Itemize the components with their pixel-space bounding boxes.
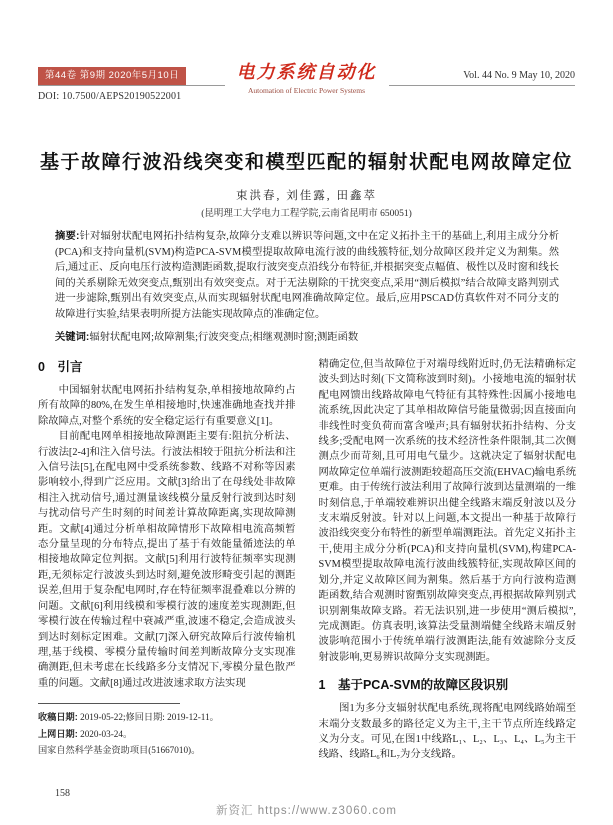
footnote-received-date: 收稿日期: 2019-05-22;修回日期: 2019-12-11。 xyxy=(38,711,296,725)
volume-info: Vol. 44 No. 9 May 10, 2020 xyxy=(463,70,575,81)
abstract-text: 针对辐射状配电网拓扑结构复杂,故障分支难以辨识等问题,文中在定义拓扑主干的基础上… xyxy=(55,231,559,320)
left-column: 0 引言 中国辐射状配电网拓扑结构复杂,单相接地故障约占所有故障的80%,在发生… xyxy=(38,357,296,791)
doi-text: DOI: 10.7500/AEPS20190522001 xyxy=(38,91,181,102)
footnote-funding-text: 国家自然科学基金资助项目(51667010)。 xyxy=(38,745,200,755)
footnote-funding: 国家自然科学基金资助项目(51667010)。 xyxy=(38,744,296,758)
footnote-online-label: 上网日期: xyxy=(38,729,78,739)
journal-header: 第44卷 第9期 2020年5月10日 DOI: 10.7500/AEPS201… xyxy=(38,62,575,108)
body-paragraph-continued: 精确定位,但当故障位于对端母线附近时,仍无法精确标定波头到达时刻(下文简称波到时… xyxy=(319,357,577,665)
journal-logo-subtitle: Automation of Electric Power Systems xyxy=(237,86,377,95)
section-heading-1: 1 基于PCA-SVM的故障区段识别 xyxy=(319,675,577,693)
keywords-paragraph: 关键词:辐射状配电网;故障割集;行波突变点;相继观测时窗;测距函数 xyxy=(55,330,559,346)
intro-paragraph-2: 目前配电网单相接地故障测距主要有:阻抗分析法、行波法[2-4]和注入信号法。行波… xyxy=(38,429,296,691)
body-columns: 0 引言 中国辐射状配电网拓扑结构复杂,单相接地故障约占所有故障的80%,在发生… xyxy=(38,357,576,791)
footnote-received-label: 收稿日期: xyxy=(38,712,78,722)
article-title: 基于故障行波沿线突变和模型匹配的辐射状配电网故障定位 xyxy=(30,147,583,174)
section-heading-intro: 0 引言 xyxy=(38,357,296,375)
footnote-block: 收稿日期: 2019-05-22;修回日期: 2019-12-11。 上网日期:… xyxy=(38,703,296,758)
page-number: 158 xyxy=(55,788,70,799)
journal-issue-badge: 第44卷 第9期 2020年5月10日 xyxy=(38,67,186,85)
watermark-text: 新资汇 https://www.z3060.com xyxy=(0,802,613,818)
journal-logo-cn: 电力系统自动化 xyxy=(237,60,377,84)
abstract-paragraph: 摘要:针对辐射状配电网拓扑结构复杂,故障分支难以辨识等问题,文中在定义拓扑主干的… xyxy=(55,229,559,323)
intro-paragraph-1: 中国辐射状配电网拓扑结构复杂,单相接地故障约占所有故障的80%,在发生单相接地时… xyxy=(38,383,296,429)
keywords-text: 辐射状配电网;故障割集;行波突变点;相继观测时窗;测距函数 xyxy=(89,332,358,343)
journal-logo: 电力系统自动化 Automation of Electric Power Sys… xyxy=(225,60,389,95)
authors-line: 束洪春, 刘佳露, 田鑫萃 xyxy=(0,187,613,203)
right-column: 精确定位,但当故障位于对端母线附近时,仍无法精确标定波头到达时刻(下文简称波到时… xyxy=(319,357,577,791)
footnote-online-text: 2020-03-24。 xyxy=(78,729,132,739)
affiliation-line: (昆明理工大学电力工程学院,云南省昆明市 650051) xyxy=(0,205,613,219)
abstract-block: 摘要:针对辐射状配电网拓扑结构复杂,故障分支难以辨识等问题,文中在定义拓扑主干的… xyxy=(55,229,559,345)
footnote-received-text: 2019-05-22;修回日期: 2019-12-11。 xyxy=(78,712,219,722)
abstract-label: 摘要: xyxy=(55,231,79,242)
section1-paragraph: 图1为多分支辐射状配电系统,现将配电网线路始端至末端分支数最多的路径定义为主干,… xyxy=(319,701,577,763)
paper-page: 第44卷 第9期 2020年5月10日 DOI: 10.7500/AEPS201… xyxy=(0,0,613,825)
footnote-online-date: 上网日期: 2020-03-24。 xyxy=(38,728,296,742)
footnote-rule xyxy=(38,703,180,704)
keywords-label: 关键词: xyxy=(55,332,89,343)
